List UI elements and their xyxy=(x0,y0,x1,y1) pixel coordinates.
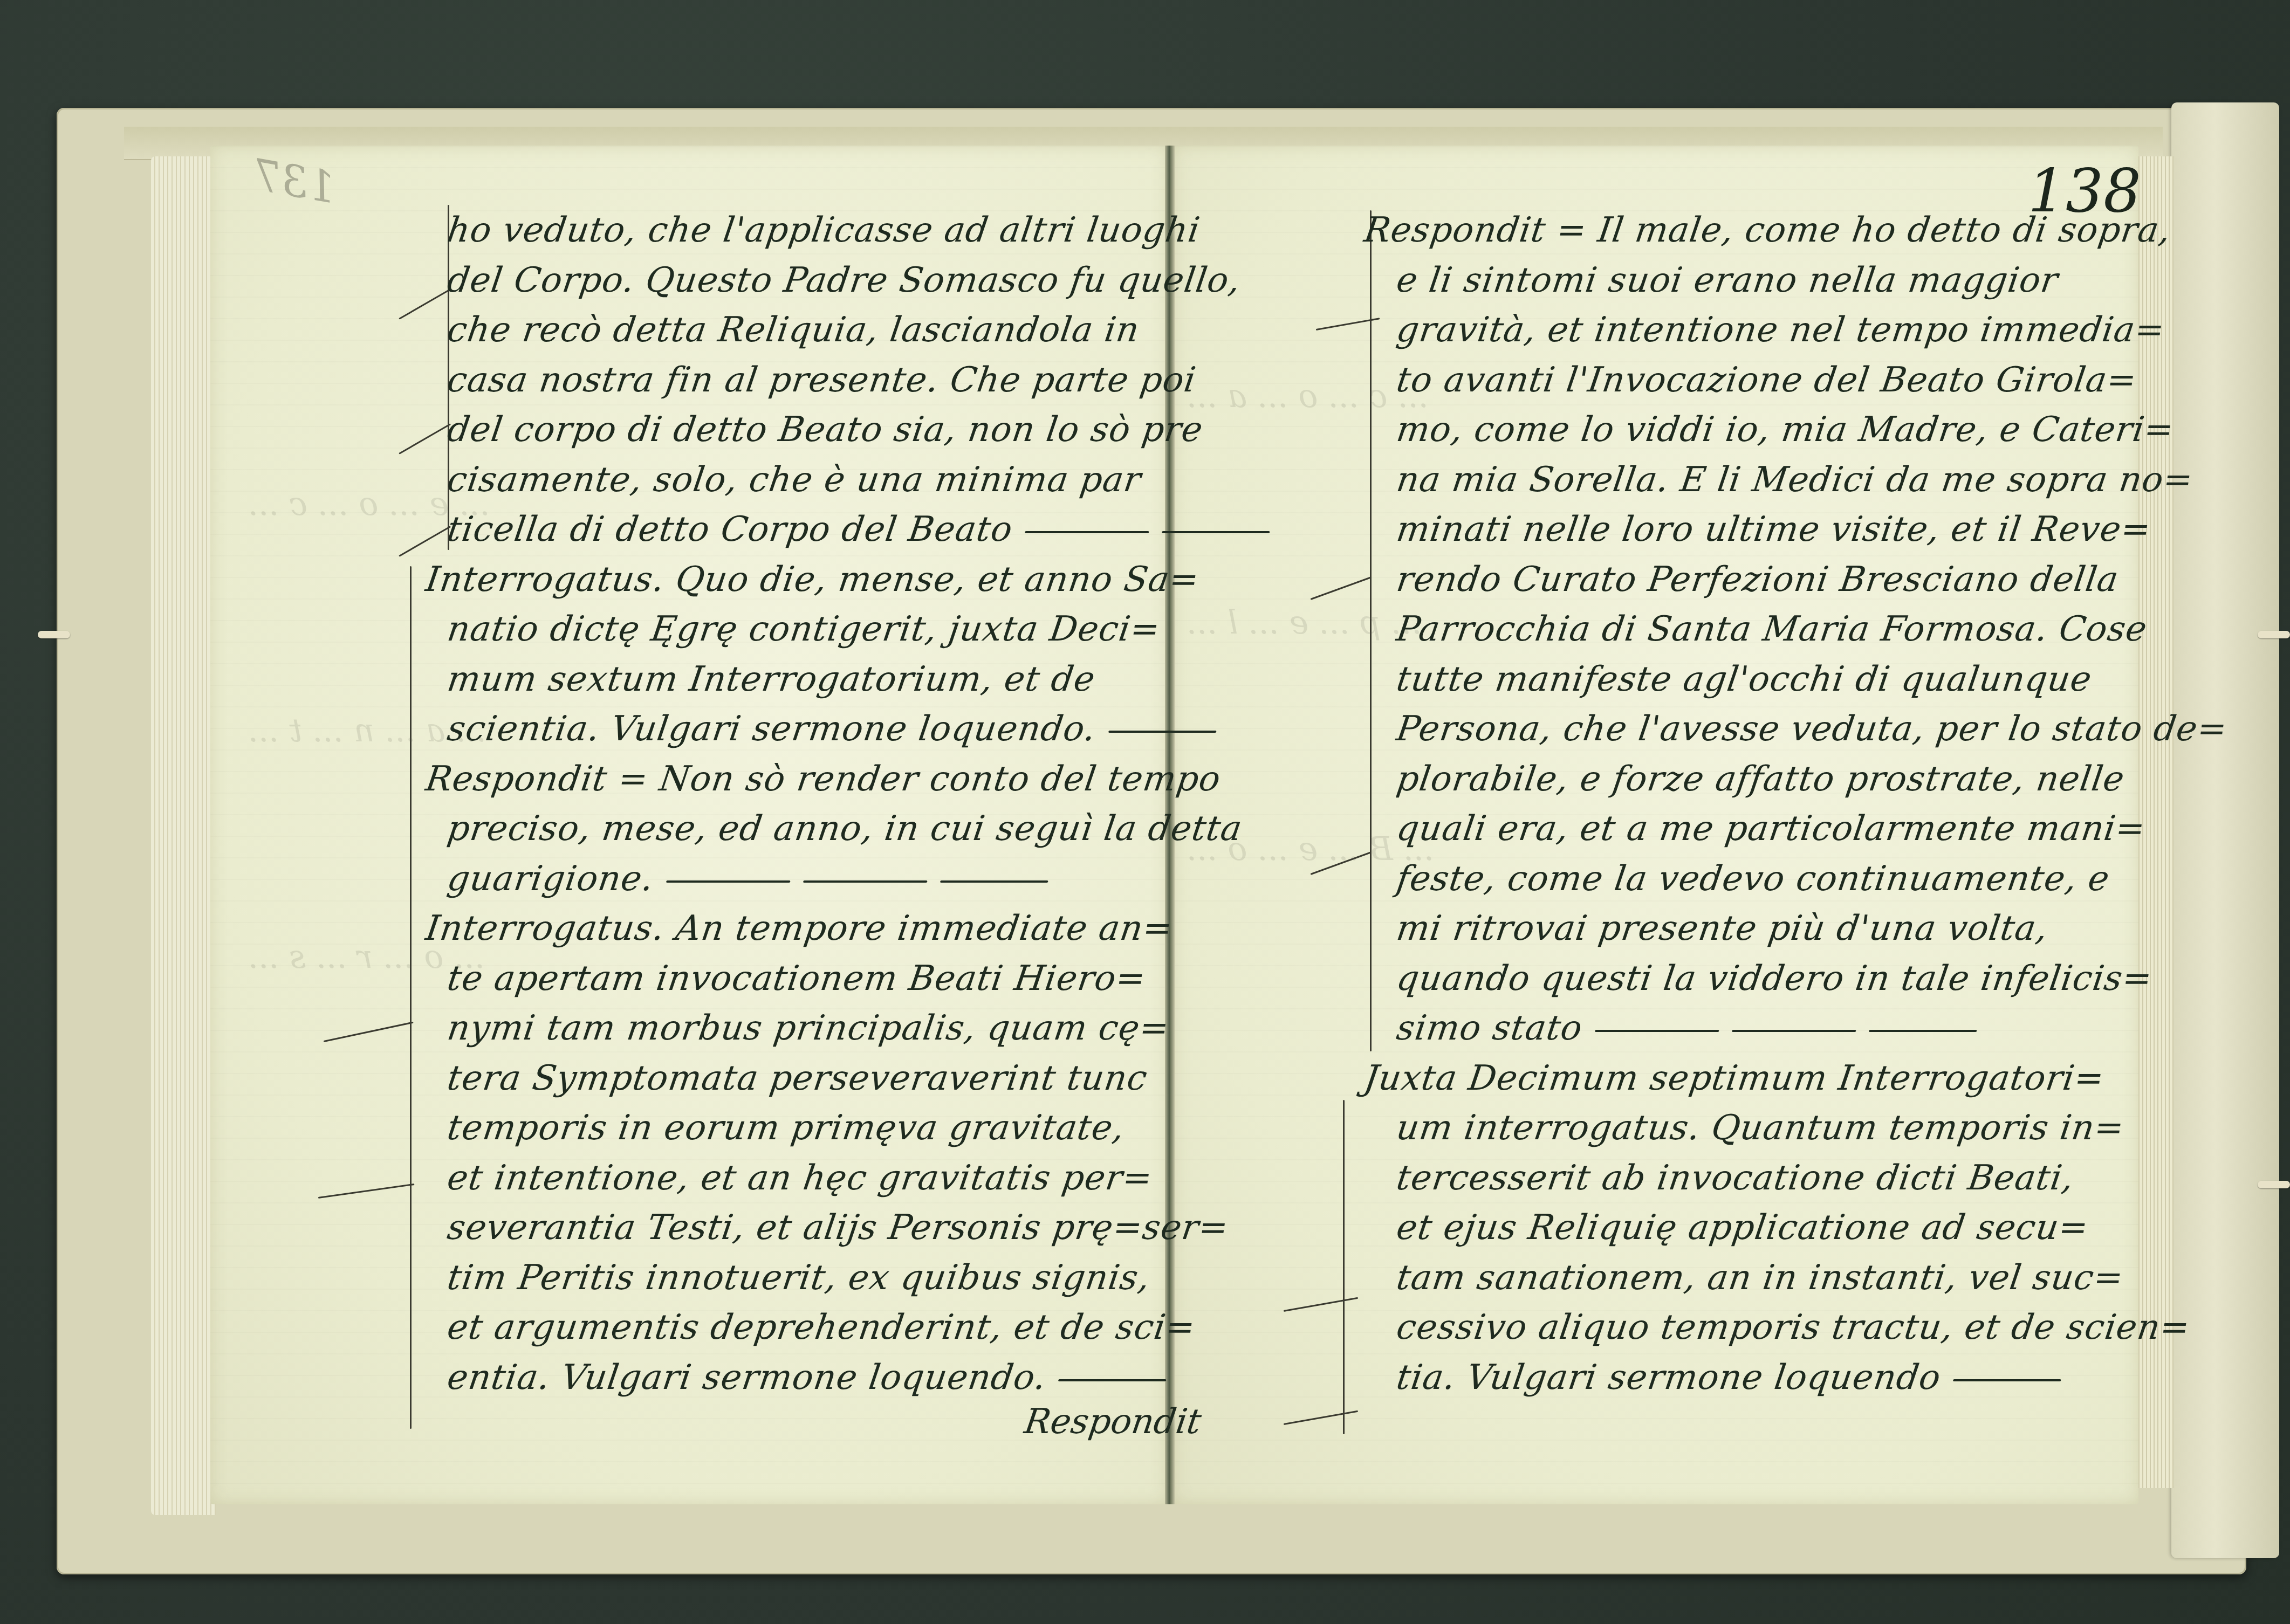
filler-dash xyxy=(1025,531,1149,533)
page-edges-left xyxy=(151,156,216,1515)
manuscript-line: mo, come lo viddi io, mia Madre, e Cater… xyxy=(1394,410,2177,450)
margin-bracket xyxy=(1343,1100,1345,1434)
manuscript-line: tam sanationem, an in instanti, vel suc= xyxy=(1394,1258,2126,1298)
manuscript-line: tutte manifeste agl'occhi di qualunque xyxy=(1394,659,2094,699)
manuscript-line: Persona, che l'avesse veduta, per lo sta… xyxy=(1394,709,2230,749)
filler-dash xyxy=(1162,531,1270,533)
manuscript-line: minati nelle loro ultime visite, et il R… xyxy=(1394,510,2154,549)
bleed-through-text: ... p ... e ... l ... xyxy=(1187,604,1422,642)
catchword: Respondit xyxy=(1022,1402,1204,1442)
manuscript-line: cessivo aliquo temporis tractu, et de sc… xyxy=(1394,1308,2192,1347)
manuscript-line: plorabile, e forze affatto prostrate, ne… xyxy=(1394,759,2127,799)
manuscript-line: rendo Curato Perfezioni Bresciano della xyxy=(1394,560,2121,600)
manuscript-line: et ejus Reliquię applicatione ad secu= xyxy=(1394,1208,2091,1248)
filler-dash xyxy=(1059,1379,1167,1381)
manuscript-line: um interrogatus. Quantum temporis in= xyxy=(1394,1108,2127,1148)
manuscript-line: simo stato xyxy=(1394,1008,1980,1048)
filler-dash xyxy=(1595,1030,1719,1032)
manuscript-line: casa nostra fin al presente. Che parte p… xyxy=(445,360,1199,400)
manuscript-line: te apertam invocationem Beati Hiero= xyxy=(445,959,1149,999)
filler-dash xyxy=(1108,731,1217,733)
binding-tie xyxy=(38,631,70,638)
manuscript-line: gravità, et intentione nel tempo immedia… xyxy=(1394,310,2168,350)
filler-dash xyxy=(940,880,1048,882)
manuscript-line: del corpo di detto Beato sia, non lo sò … xyxy=(445,410,1205,450)
manuscript-line: nymi tam morbus principalis, quam cę= xyxy=(445,1008,1172,1048)
manuscript-line: Respondit = Non sò render conto del temp… xyxy=(423,759,1223,799)
manuscript-line: scientia. Vulgari sermone loquendo. xyxy=(445,709,1219,749)
manuscript-line: Respondit = Il male, come ho detto di so… xyxy=(1362,210,2174,250)
manuscript-line: na mia Sorella. E li Medici da me sopra … xyxy=(1394,460,2196,500)
manuscript-line: e li sintomi suoi erano nella maggior xyxy=(1394,260,2061,300)
manuscript-line: Parrocchia di Santa Maria Formosa. Cose xyxy=(1394,609,2150,649)
filler-dash xyxy=(1869,1030,1977,1032)
manuscript-line: mi ritrovai presente più d'una volta, xyxy=(1394,909,2051,948)
filler-dash xyxy=(1732,1030,1856,1032)
manuscript-line: tia. Vulgari sermone loquendo xyxy=(1394,1358,2065,1398)
manuscript-line: temporis in eorum primęva gravitate, xyxy=(445,1108,1127,1148)
bleed-through-text: ... B ... e ... o ... xyxy=(1187,830,1434,868)
binding-tie xyxy=(2258,631,2290,638)
manuscript-line: ho veduto, che l'applicasse ad altri luo… xyxy=(445,210,1203,250)
manuscript-line: guarigione. xyxy=(445,859,1051,899)
manuscript-line: del Corpo. Questo Padre Somasco fu quell… xyxy=(445,260,1243,300)
manuscript-line: tera Symptomata perseveraverint tunc xyxy=(445,1058,1150,1098)
manuscript-line: quando questi la viddero in tale infelic… xyxy=(1394,959,2155,999)
manuscript-line: tim Peritis innotuerit, ex quibus signis… xyxy=(445,1258,1153,1298)
filler-dash xyxy=(666,880,791,882)
manuscript-line: ticella di detto Corpo del Beato xyxy=(445,510,1273,549)
manuscript-line: et argumentis deprehenderint, et de sci= xyxy=(445,1308,1198,1347)
manuscript-line: entia. Vulgari sermone loquendo. xyxy=(445,1358,1170,1398)
bleed-through-text: ... c ... o ... a ... xyxy=(1187,377,1429,415)
binding-tie xyxy=(2258,1181,2290,1188)
bleed-through-text: ... o ... r ... s ... xyxy=(248,938,485,976)
manuscript-line: tercesserit ab invocatione dicti Beati, xyxy=(1394,1158,2076,1198)
manuscript-line: quali era, et a me particolarmente mani= xyxy=(1394,809,2148,849)
manuscript-line: et intentione, et an hęc gravitatis per= xyxy=(445,1158,1155,1198)
manuscript-line: feste, come la vedevo continuamente, e xyxy=(1394,859,2113,899)
manuscript-line: Interrogatus. An tempore immediate an= xyxy=(423,909,1175,948)
manuscript-line: Interrogatus. Quo die, mense, et anno Sa… xyxy=(423,560,1202,600)
bleed-through-text: ... a ... n ... t ... xyxy=(248,712,486,749)
manuscript-line: mum sextum Interrogatorium, et de xyxy=(445,659,1098,699)
manuscript-line: to avanti l'Invocazione del Beato Girola… xyxy=(1394,360,2140,400)
margin-bracket xyxy=(410,566,412,1429)
filler-dash xyxy=(1953,1379,2061,1381)
manuscript-line: Juxta Decimum septimum Interrogatori= xyxy=(1362,1058,2107,1098)
manuscript-line: severantia Testi, et alijs Personis prę=… xyxy=(445,1208,1231,1248)
bleed-through-text: ... e ... o ... c ... xyxy=(248,485,490,523)
manuscript-line: preciso, mese, ed anno, in cui seguì la … xyxy=(445,809,1245,849)
manuscript-line: che recò detta Reliquia, lasciandola in xyxy=(445,310,1142,350)
manuscript-line: cisamente, solo, che è una minima par xyxy=(445,460,1144,500)
manuscript-line: natio dictę Ęgrę contigerit, juxta Deci= xyxy=(445,609,1163,649)
filler-dash xyxy=(803,880,928,882)
